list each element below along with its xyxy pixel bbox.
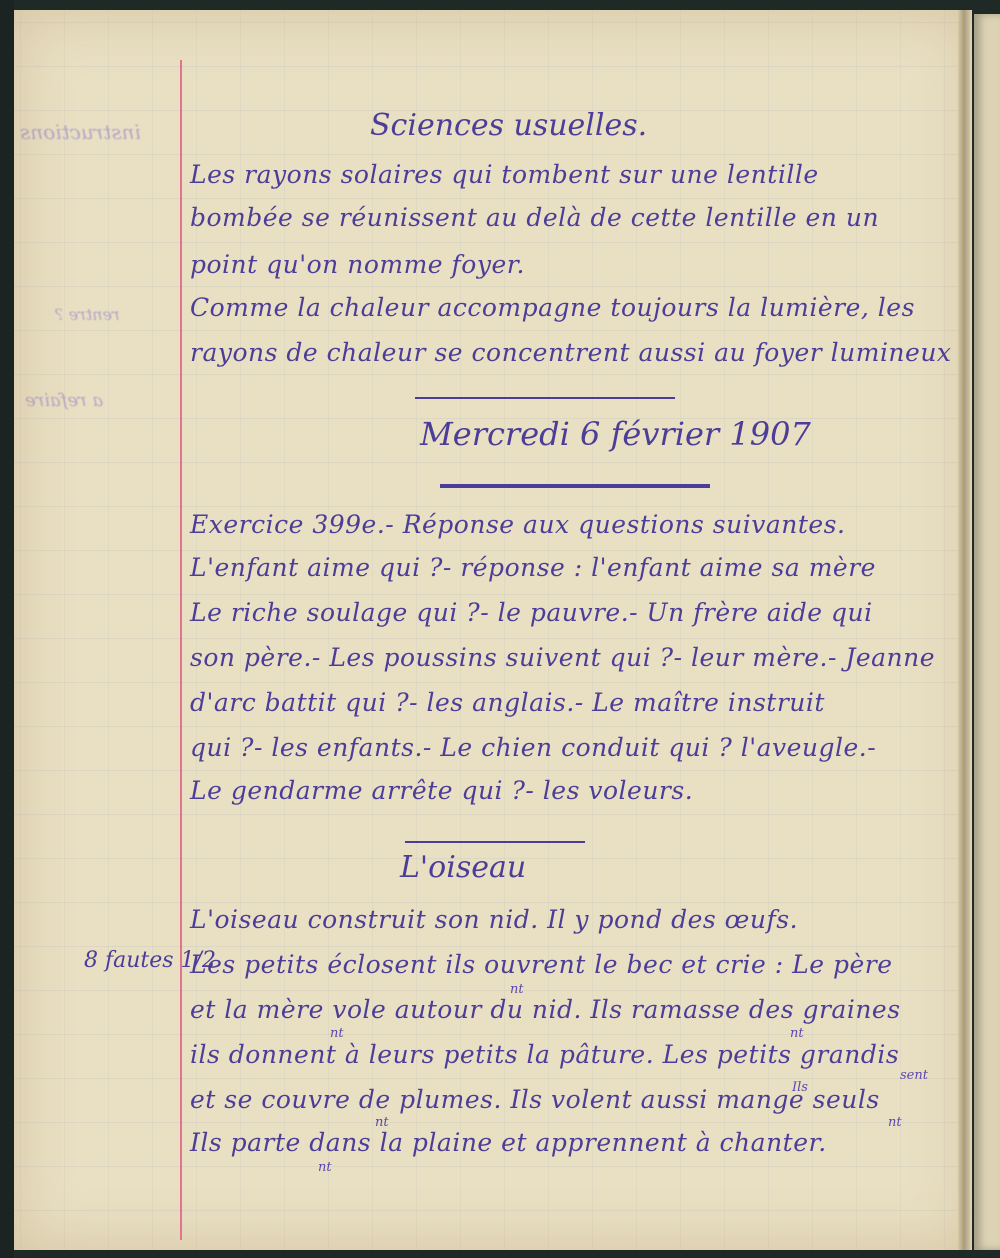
margin-line	[180, 60, 182, 1240]
bleed-note: rentre ?	[55, 305, 120, 324]
section-title-oiseau: L'oiseau	[400, 850, 526, 885]
divider-rule	[440, 484, 710, 488]
correction-mark: Ils	[792, 1080, 808, 1095]
bleed-note: a refaire	[25, 390, 103, 411]
text-line: L'oiseau construit son nid. Il y pond de…	[190, 905, 798, 934]
text-line: et se couvre de plumes. Ils volent aussi…	[190, 1085, 880, 1114]
correction-mark: sent	[900, 1068, 928, 1083]
text-line: Ils parte dans la plaine et apprennent à…	[190, 1128, 827, 1157]
text-line: rayons de chaleur se concentrent aussi a…	[190, 338, 952, 367]
notebook-binding-left	[0, 0, 14, 1258]
page-fold	[958, 10, 970, 1250]
section-title-sciences: Sciences usuelles.	[370, 108, 647, 143]
exercise-heading: Exercice 399e.- Réponse aux questions su…	[190, 510, 845, 539]
text-line: et la mère vole autour du nid. Ils ramas…	[190, 995, 901, 1024]
text-line: Le gendarme arrête qui ?- les voleurs.	[190, 776, 693, 805]
correction-mark: nt	[510, 982, 524, 997]
divider-rule	[405, 841, 585, 843]
text-line: Les rayons solaires qui tombent sur une …	[190, 160, 819, 189]
text-line: ils donnent à leurs petits la pâture. Le…	[190, 1040, 899, 1069]
text-line: qui ?- les enfants.- Le chien conduit qu…	[190, 733, 876, 762]
text-line: d'arc battit qui ?- les anglais.- Le maî…	[190, 688, 825, 717]
correction-mark: nt	[375, 1115, 389, 1130]
correction-mark: nt	[888, 1115, 902, 1130]
text-line: Les petits éclosent ils ouvrent le bec e…	[190, 950, 893, 979]
text-line: L'enfant aime qui ?- réponse : l'enfant …	[190, 553, 876, 582]
correction-mark: nt	[790, 1026, 804, 1041]
text-line: Comme la chaleur accompagne toujours la …	[190, 293, 915, 322]
text-line: bombée se réunissent au delà de cette le…	[190, 203, 879, 232]
text-line: son père.- Les poussins suivent qui ?- l…	[190, 643, 935, 672]
text-line: Le riche soulage qui ?- le pauvre.- Un f…	[190, 598, 873, 627]
correction-mark: nt	[330, 1026, 344, 1041]
bleed-note: instructions	[20, 120, 141, 144]
text-line: point qu'on nomme foyer.	[190, 250, 525, 279]
correction-mark: nt	[318, 1160, 332, 1175]
divider-rule	[415, 397, 675, 399]
date-heading: Mercredi 6 février 1907	[420, 415, 811, 453]
adjacent-page-edge	[974, 14, 1000, 1250]
